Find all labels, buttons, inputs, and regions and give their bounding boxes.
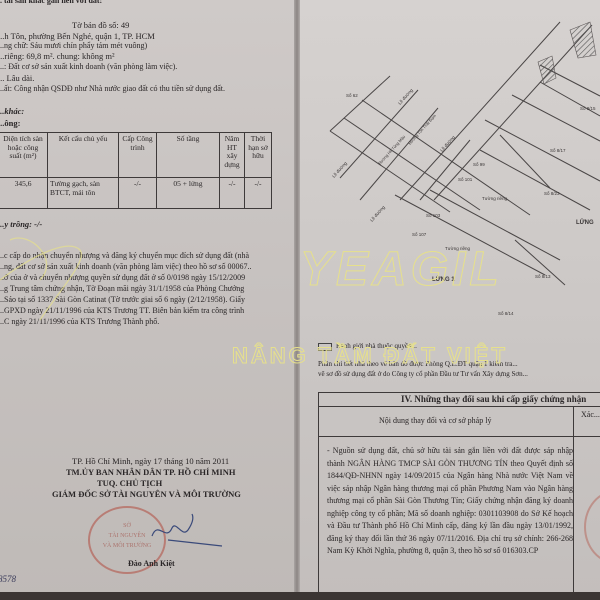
- road-label: Lề đường: [439, 134, 456, 152]
- director-title: GIÁM ĐỐC SỞ TÀI NGUYÊN VÀ MÔI TRƯỜNG: [52, 489, 241, 499]
- land-use-purpose: ...: Đất cơ sở sản xuất kinh doanh (văn …: [0, 62, 177, 72]
- changes-table: IV. Những thay đổi sau khi cấp giấy chứn…: [318, 392, 600, 600]
- changes-col-header-confirm: Xác...: [573, 406, 600, 437]
- map-label: Số 99: [473, 162, 485, 167]
- map-sheet-number: Tờ bản đồ số: 49: [72, 20, 129, 30]
- map-label: Tường riêng: [482, 196, 507, 201]
- photo-bottom-edge: [0, 592, 600, 600]
- col-content-label: Nội dung thay đổi và cơ sở pháp lý: [379, 416, 491, 426]
- map-label: Số 8/15: [580, 106, 596, 111]
- map-label: Số 8/17: [550, 148, 566, 153]
- change-entry: - Nguồn sử dụng đất, chủ sở hữu tài sản …: [327, 445, 573, 558]
- watermark-logo: YEAGIL: [300, 242, 503, 297]
- street-label: Đường Hồ Tùng Mậu: [377, 134, 406, 166]
- area-in-words: ...ng chữ: Sáu mươi chín phẩy tám mét vu…: [0, 41, 147, 51]
- map-note: vẽ sơ đồ sử dụng đất ở do Công ty cổ phầ…: [318, 369, 528, 379]
- table-header-row: Diện tích sàn hoặc công suất (m²) Kết cấ…: [0, 133, 272, 178]
- parcel-address: ...h Tôn, phường Bến Nghé, quận 1, TP. H…: [0, 31, 155, 41]
- cell-floor-area: 345,6: [0, 178, 48, 209]
- col-structure: Kết cấu chủ yếu: [48, 133, 119, 178]
- column-divider: [573, 406, 574, 600]
- road-label: Lề đường: [331, 160, 348, 178]
- col-grade: Cấp Công trình: [119, 133, 157, 178]
- col-term: Thời hạn sở hữu: [245, 133, 272, 178]
- table-row: 345,6 Tường gạch, sàn BTCT, mái tôn -/- …: [0, 178, 272, 209]
- signature-scribble: [148, 512, 228, 552]
- map-label: Số 101: [458, 177, 473, 182]
- watermark-tagline: NÂNG TẦM ĐẤT VIỆT: [232, 343, 508, 369]
- serial-number: 8578: [0, 574, 16, 584]
- col-floors: Số tầng: [157, 133, 220, 178]
- col-floor-area: Diện tích sàn hoặc công suất (m²): [0, 133, 48, 178]
- area-private-shared: ...riêng: 69,8 m². chung: không m²: [0, 51, 115, 61]
- delegate-title: TUQ. CHỦ TỊCH: [97, 478, 162, 488]
- signer-name: Đào Anh Kiệt: [128, 559, 175, 569]
- cell-term: -/-: [245, 178, 272, 209]
- cell-grade: -/-: [119, 178, 157, 209]
- changes-table-title: IV. Những thay đổi sau khi cấp giấy chứn…: [319, 393, 600, 407]
- land-use-term: ... Lâu dài.: [0, 73, 34, 83]
- cell-structure: Tường gạch, sàn BTCT, mái tôn: [48, 178, 119, 209]
- other-assets-label: ...khác:: [0, 106, 24, 116]
- map-label: Số 62: [346, 93, 358, 98]
- cell-floors: 05 + lửng: [157, 178, 220, 209]
- map-label: Số 8/23: [544, 191, 560, 196]
- col-confirm-label: Xác...: [581, 410, 600, 420]
- issuing-org: TM.ỦY BAN NHÂN DÂN TP. HỒ CHÍ MINH: [66, 467, 235, 477]
- signing-date: TP. Hồ Chí Minh, ngày 17 tháng 10 năm 20…: [72, 456, 229, 466]
- building-label: ...ông:: [0, 118, 20, 128]
- section-header-cut: ... tài sản khác gắn liền với đất:: [0, 0, 102, 6]
- map-label: Số 103: [426, 213, 441, 218]
- col-year: Năm HT xây dựng: [220, 133, 245, 178]
- land-use-origin: ...ất: Công nhận QSDĐ như Nhà nước giao …: [0, 84, 225, 94]
- building-table: Diện tích sàn hoặc công suất (m²) Kết cấ…: [0, 132, 272, 209]
- cell-year: -/-: [220, 178, 245, 209]
- changes-col-header: Nội dung thay đổi và cơ sở pháp lý: [319, 406, 573, 437]
